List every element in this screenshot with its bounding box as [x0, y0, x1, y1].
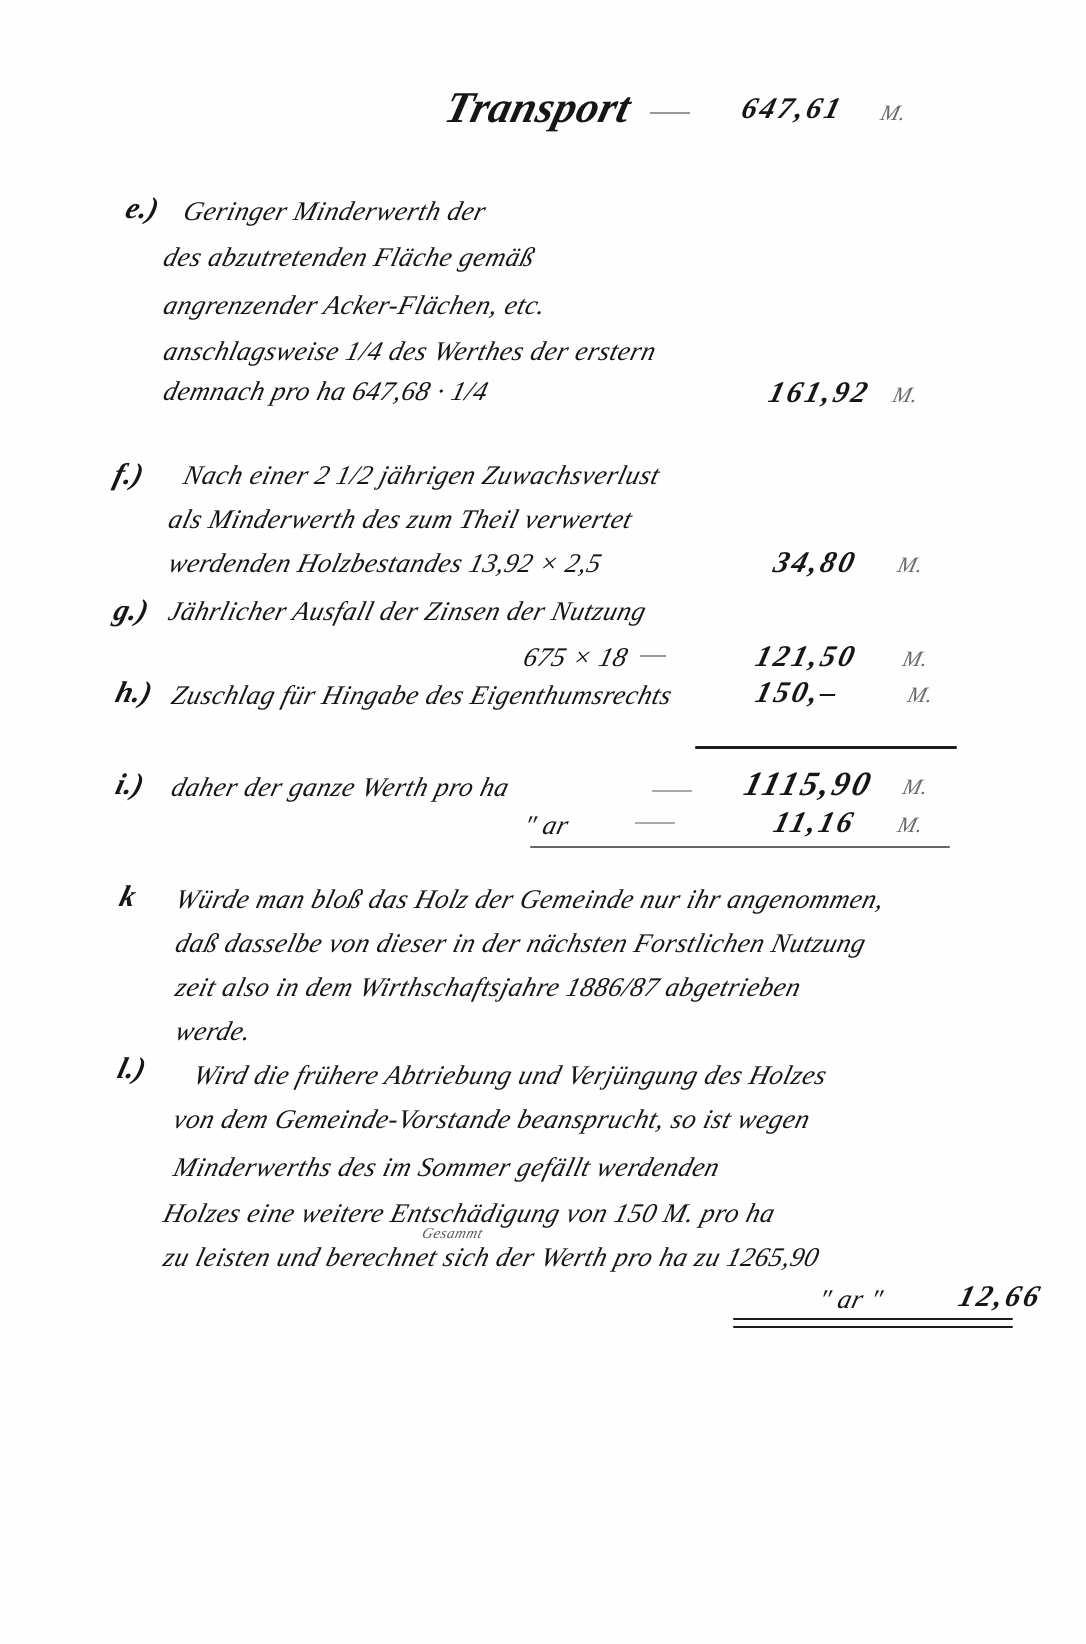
item-amount: 34,80: [770, 546, 861, 580]
total-rule: [530, 846, 950, 848]
per-ar-label: " ar ": [815, 1282, 887, 1316]
sum-rule: [695, 746, 957, 749]
transport-label: Transport: [440, 82, 637, 133]
item-line: Nach einer 2 1/2 jährigen Zuwachsverlust: [180, 458, 664, 492]
item-line: demnach pro ha 647,68 · 1/4: [160, 374, 492, 408]
item-line: Zuschlag für Hingabe des Eigenthumsrecht…: [168, 678, 676, 712]
note-line: Minderwerths des im Sommer gefällt werde…: [170, 1150, 724, 1184]
note-line: zeit also in dem Wirthschaftsjahre 1886/…: [172, 970, 805, 1004]
item-letter: h.): [112, 676, 156, 710]
document-page: Transport 647,61 M. e.) Geringer Minderw…: [0, 0, 1086, 1644]
item-line: angrenzender Acker-Flächen, etc.: [160, 288, 550, 322]
item-unit: M.: [895, 552, 926, 578]
item-amount: 161,92: [765, 376, 874, 410]
item-unit: M.: [890, 382, 921, 408]
note-letter: l.): [114, 1052, 150, 1086]
item-amount: 121,50: [752, 640, 861, 674]
item-letter: e.): [122, 192, 163, 226]
item-line: anschlagsweise 1/4 des Werthes der erste…: [160, 334, 660, 368]
item-line: Jährlicher Ausfall der Zinsen der Nutzun…: [165, 594, 650, 628]
total-per-ha: 1115,90: [740, 766, 877, 804]
note-line: zu leisten und berechnet sich der Werth …: [160, 1240, 823, 1274]
note-line: Wird die frühere Abtriebung und Verjüngu…: [190, 1058, 831, 1092]
note-line: werde.: [172, 1014, 255, 1048]
note-line: Holzes eine weitere Entschädigung von 15…: [160, 1196, 779, 1230]
item-letter: f.): [110, 458, 147, 492]
item-line: 675 × 18: [520, 640, 632, 674]
item-line: Geringer Minderwerth der: [180, 194, 490, 228]
item-line: des abzutretenden Fläche gemäß: [160, 240, 539, 274]
note-line: von dem Gemeinde-Vorstande beansprucht, …: [170, 1102, 814, 1136]
leader-dash: [652, 790, 692, 792]
transport-amount: 647,61: [738, 92, 847, 126]
leader-dash: [650, 112, 690, 114]
note-line: daß dasselbe von dieser in der nächsten …: [172, 926, 870, 960]
leader-dash: [635, 822, 675, 824]
total-per-ar: 11,16: [770, 806, 859, 840]
double-rule-bottom: [733, 1326, 1013, 1328]
per-ar-label: " ar: [520, 808, 573, 842]
item-unit: M.: [900, 646, 931, 672]
item-amount: 150,–: [752, 676, 843, 710]
totals-text: daher der ganze Werth pro ha: [168, 770, 513, 804]
item-letter: i.): [112, 768, 148, 802]
total-unit: M.: [895, 812, 926, 838]
total-unit: M.: [900, 774, 931, 800]
item-line: werdenden Holzbestandes 13,92 × 2,5: [165, 546, 606, 580]
double-rule-top: [733, 1318, 1013, 1320]
note-letter: k: [116, 880, 140, 914]
transport-unit: M.: [878, 100, 909, 126]
item-unit: M.: [905, 682, 936, 708]
note-line: Würde man bloß das Holz der Gemeinde nur…: [172, 882, 888, 916]
leader-dash: [640, 655, 666, 657]
item-letter: g.): [110, 594, 152, 628]
item-line: als Minderwerth des zum Theil verwertet: [165, 502, 636, 536]
note-per-ar: 12,66: [955, 1280, 1046, 1314]
